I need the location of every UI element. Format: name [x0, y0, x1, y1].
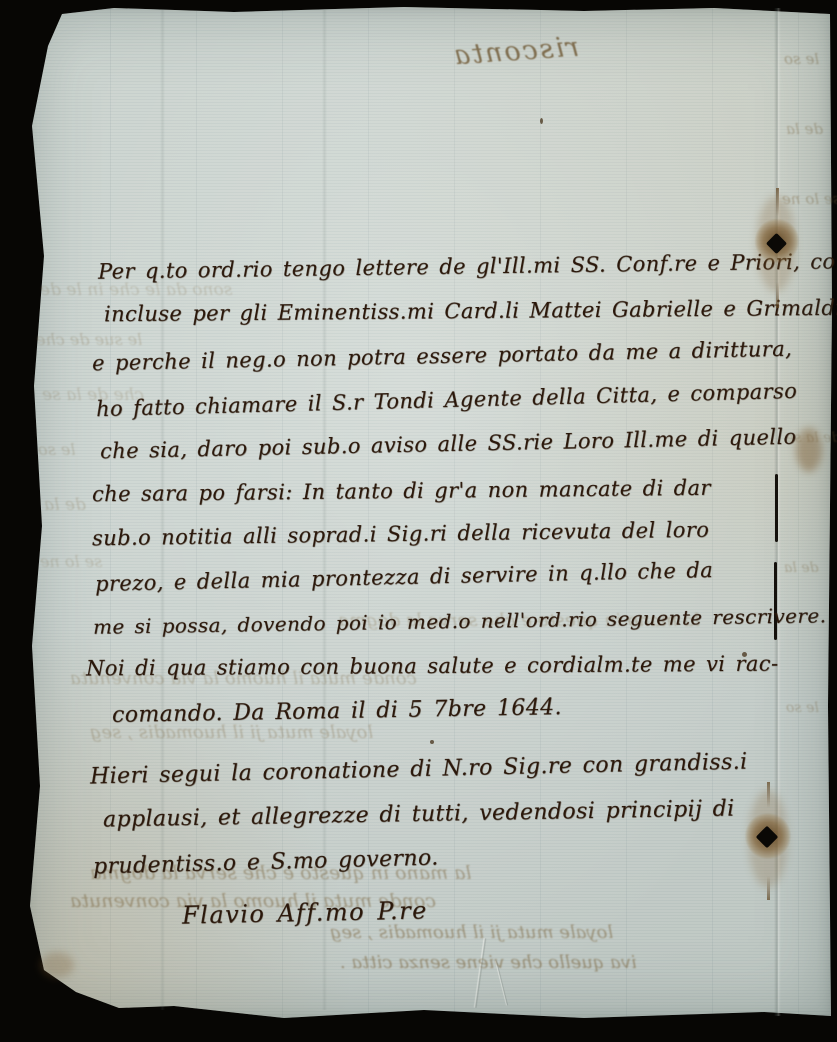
manuscript-scan: risconta sono da le che in le de le sue … — [0, 0, 837, 1042]
seal-stain-drip — [776, 282, 779, 308]
letter-line: Noi di qua stiamo con buona salute e cor… — [86, 652, 779, 681]
edge-smudge — [40, 952, 74, 978]
signature: Flavio Aff.mo P.re — [182, 896, 428, 929]
ink-speck — [430, 740, 434, 744]
ink-speck — [742, 652, 747, 657]
seal-stain-drip — [767, 782, 770, 808]
ink-speck — [540, 118, 543, 124]
ink-smudge — [796, 428, 822, 472]
seal-stain-drip — [776, 188, 779, 216]
seal-stain-drip — [767, 876, 770, 900]
seal-slit — [775, 474, 778, 542]
seal-slit — [774, 562, 777, 640]
